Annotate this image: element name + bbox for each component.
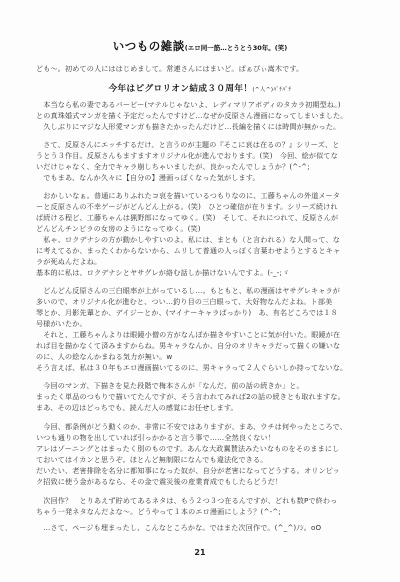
text-line: ラが死ぬんだよね。: [36, 257, 101, 266]
text-line: ク招致に使う金があるなら、その金で震災後の産業育成でもしたらどうだ！: [36, 477, 282, 486]
text-line: 本当なら私の妻であるバービー(マテルじゃないよ、レディマリアボディのタカラ初期型…: [36, 100, 341, 109]
text-line: アレはゾーニングとはまったく別のものです。あんな大政翼賛法みたいなものをそのまま…: [36, 444, 339, 453]
text-line: 基本的に私は、ロクデナシとヤサグレが絡む話しか描けないんですよ。(-_-;ゞ: [36, 268, 289, 277]
heading-text: 今年はピグロリオン結成３０周年！: [109, 84, 253, 94]
text-line: のに、人の絵なんかまねる気力が無い。w: [36, 352, 172, 361]
text-line: いつも通りの物を出していれば引っかかると言う事で……全然良くない！: [36, 433, 275, 442]
text-line: 今回、都条例がどう動くのか、非常に不安ではありますが、まあ、ウチは何やったところ…: [36, 422, 347, 431]
text-line: 私ゃ、ロクデナシの方が動かしやすいのよ。私には、まとも（と言われる）な人間って、…: [36, 235, 340, 244]
intro-text: ども〜。初めての人にははじめまして。常連さんにはまいど。ぱぁぴぃ嵩木です。: [36, 64, 303, 73]
text-line: 久しぶりにマジな人形愛マンガも描きたかったんだけど…長編を描くには時間が無かった…: [36, 122, 340, 131]
text-line: …さて、ページも埋まったし、こんなところかな。ではまた次回作で。(^_^)ﾉｼ。…: [36, 523, 321, 532]
text-line: ーと反原さんの不幸ゲージがどんどん上がる。(笑) ひとつ確信が在ります。シリーズ…: [36, 202, 338, 211]
section-heading: 今年はピグロリオン結成３０周年！(^人^)ﾊﾟﾁﾊﾟﾁ: [0, 82, 400, 94]
text-line: おかしいなぁ。普通にありふれたコ哀を描いているつもりなのに、工藤ちゃんの外道メー…: [36, 191, 340, 200]
text-line: まったく単品のつもりで描いてたんですが、そう言われてみれば2の話の続きとも取れま…: [36, 392, 345, 401]
text-line: に考えてるか、まったくわからないから、ムリして普通の人っぽく言葉わせようとすると…: [36, 246, 340, 255]
text-line: 琴とか、月影先輩とか、デイジーとか、(マイナーキャラばっかり) あ、有名どころで…: [36, 308, 338, 317]
text-line: いだけじゃなく、全力でキャラ崩しちゃいましたが、良かったんでしょうか？(^-^;: [36, 162, 310, 171]
text-line: うとう３作目。反原さんもますますオリジナル化が進んでおります。(笑) 今回、絵が…: [36, 151, 338, 160]
text-line: 今回のマンガ、下描きを見た段階で梅本さんが「なんだ、前の話の続きか」と。: [36, 381, 304, 390]
text-line: そう言えば、私は３０年もエロ漫画描いてるのに、男キャラって２人ぐらいしか持ってな…: [36, 363, 347, 372]
text-line: どんどんチンピラの女房のようになってゆく。(笑): [36, 224, 201, 233]
title-subtitle: (エロ同一筋…とうとう30年。(笑): [185, 44, 287, 52]
document-page: いつもの雑談(エロ同一筋…とうとう30年。(笑) ども〜。初めての人にははじめま…: [0, 0, 400, 582]
text-line: さて、反原さんにエッチするだけ、と言うのが主題の『そこに哀は在るの？』シリーズ、…: [36, 140, 340, 149]
text-line: ておいてはイカンと思うぞ。ほとんど無制限になんでも違法化できる。: [36, 455, 267, 464]
page-title: いつもの雑談(エロ同一筋…とうとう30年。(笑): [0, 38, 400, 54]
text-line: 次回作？ とりあえず貯めてあるネタは、もう２つ３つ在るんですが、どれも数Pで終わ…: [36, 496, 337, 505]
text-line: ちゃう一発ネタなんだよな〜。どうやって１本のエロ漫画にしよう？(^-^;: [36, 507, 281, 516]
text-line: ば続ける程ど、工藤ちゃんは猟野郎になってゆく。(笑) そして、それにつれて、反原…: [36, 213, 338, 222]
text-line: どんどん反原さんの三白眼率が上がっているし…。もともと、私の漫画はヤサグレキャラ…: [36, 286, 340, 295]
heading-emoticon: (^人^)ﾊﾟﾁﾊﾟﾁ: [252, 87, 291, 93]
text-line: でもまあ、なんか久々に【自分の】漫画っぽくなった気がします。: [36, 173, 260, 182]
title-main: いつもの雑談: [113, 39, 185, 53]
text-line: れば目を描かなくて済みますからね。男キャラなんか、自分のオリキャラだって描くの嫌…: [36, 341, 340, 350]
text-line: との真珠婚式マンガを描く予定だったんですけど…なぜか反原さん漫画になってしまいま…: [36, 111, 347, 120]
page-number: 21: [0, 548, 400, 557]
text-line: だいたい、老害排除を名分に都知事になった奴が、自分が老害になってどうする。オリン…: [36, 466, 340, 475]
text-line: 号様がいたか。: [36, 319, 87, 328]
text-line: それと、工藤ちゃんよりは眼鏡小僧の方がなんぼか描きやすいことに気が付いた。眼鏡が…: [36, 330, 340, 339]
text-line: 多いので、オリジナル化が進むと、つい…釣り目の三白眼って、大好物なんだよね。ト部…: [36, 297, 332, 306]
text-line: まあ、その辺はどっちでも、読んだ人の感覚にお任せします。: [36, 403, 238, 412]
